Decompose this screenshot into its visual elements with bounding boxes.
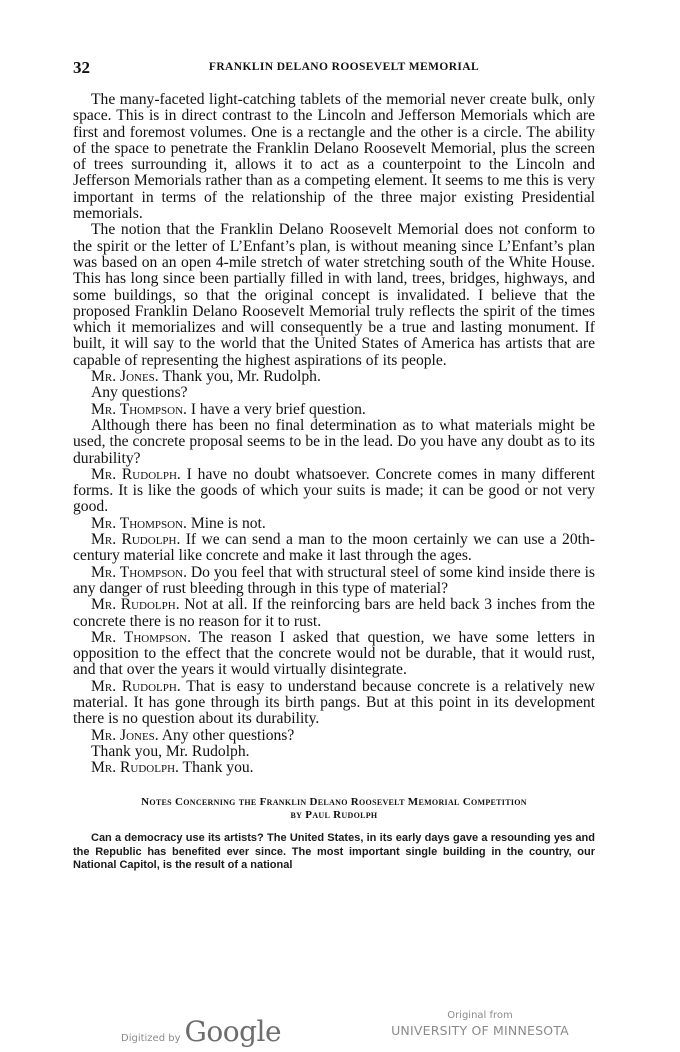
- section-heading: Notes Concerning the Franklin Delano Roo…: [73, 796, 595, 822]
- dialogue-text: Thank you, Mr. Rudolph.: [162, 368, 321, 385]
- document-page: 32 FRANKLIN DELANO ROOSEVELT MEMORIAL Th…: [73, 58, 595, 872]
- section-body: Can a democracy use its artists? The Uni…: [73, 832, 595, 872]
- speaker: Mr. Thompson.: [91, 515, 187, 532]
- dialogue-text: Thank you, Mr. Rudolph.: [91, 743, 250, 760]
- speaker: Mr. Rudolph.: [91, 531, 180, 548]
- institution-name: UNIVERSITY OF MINNESOTA: [390, 1023, 570, 1039]
- dialogue-text: Any other questions?: [162, 727, 295, 744]
- section-byline: by Paul Rudolph: [73, 809, 595, 822]
- original-source: Original from UNIVERSITY OF MINNESOTA: [390, 1009, 570, 1039]
- google-logo-icon: Google: [185, 1015, 282, 1048]
- paragraph: The many-faceted light-catching tablets …: [73, 92, 595, 222]
- dialogue-line: Mr. Rudolph. Thank you.: [73, 760, 595, 776]
- dialogue-line: Any questions?: [73, 385, 595, 401]
- dialogue-text: Any questions?: [91, 384, 188, 401]
- dialogue-line: Mr. Rudolph. I have no doubt whatsoever.…: [73, 467, 595, 516]
- speaker: Mr. Rudolph.: [91, 759, 179, 776]
- dialogue-line: Mr. Jones. Thank you, Mr. Rudolph.: [73, 369, 595, 385]
- paragraph: Can a democracy use its artists? The Uni…: [73, 832, 595, 872]
- body-text: The many-faceted light-catching tablets …: [73, 92, 595, 776]
- dialogue-line: Mr. Rudolph. That is easy to understand …: [73, 679, 595, 728]
- digitized-by: Digitized by Google: [121, 1015, 281, 1048]
- dialogue-line: Mr. Jones. Any other questions?: [73, 728, 595, 744]
- speaker: Mr. Thompson.: [91, 401, 187, 418]
- speaker: Mr. Thompson.: [91, 629, 191, 646]
- dialogue-text: Although there has been no final determi…: [73, 417, 595, 467]
- speaker: Mr. Jones.: [91, 368, 159, 385]
- dialogue-line: Mr. Rudolph. If we can send a man to the…: [73, 532, 595, 565]
- dialogue-text: Thank you.: [183, 759, 254, 776]
- speaker: Mr. Thompson.: [91, 564, 187, 581]
- dialogue-line: Mr. Thompson. The reason I asked that qu…: [73, 630, 595, 679]
- digitized-label: Digitized by: [121, 1033, 181, 1044]
- dialogue-line: Mr. Thompson. Do you feel that with stru…: [73, 565, 595, 598]
- dialogue-text: I have a very brief question.: [191, 401, 366, 418]
- speaker: Mr. Rudolph.: [91, 596, 180, 613]
- dialogue-line: Thank you, Mr. Rudolph.: [73, 744, 595, 760]
- dialogue-line: Although there has been no final determi…: [73, 418, 595, 467]
- scan-footer: Digitized by Google Original from UNIVER…: [0, 1005, 680, 1050]
- speaker: Mr. Rudolph.: [91, 466, 181, 483]
- dialogue-text: Mine is not.: [191, 515, 266, 532]
- speaker: Mr. Rudolph.: [91, 678, 181, 695]
- dialogue-line: Mr. Rudolph. Not at all. If the reinforc…: [73, 597, 595, 630]
- running-title: FRANKLIN DELANO ROOSEVELT MEMORIAL: [73, 61, 595, 73]
- paragraph: The notion that the Franklin Delano Roos…: [73, 222, 595, 369]
- section-title: Notes Concerning the Franklin Delano Roo…: [73, 796, 595, 809]
- speaker: Mr. Jones.: [91, 727, 159, 744]
- dialogue-line: Mr. Thompson. I have a very brief questi…: [73, 402, 595, 418]
- original-label: Original from: [390, 1009, 570, 1023]
- dialogue-line: Mr. Thompson. Mine is not.: [73, 516, 595, 532]
- running-head: 32 FRANKLIN DELANO ROOSEVELT MEMORIAL: [73, 58, 595, 80]
